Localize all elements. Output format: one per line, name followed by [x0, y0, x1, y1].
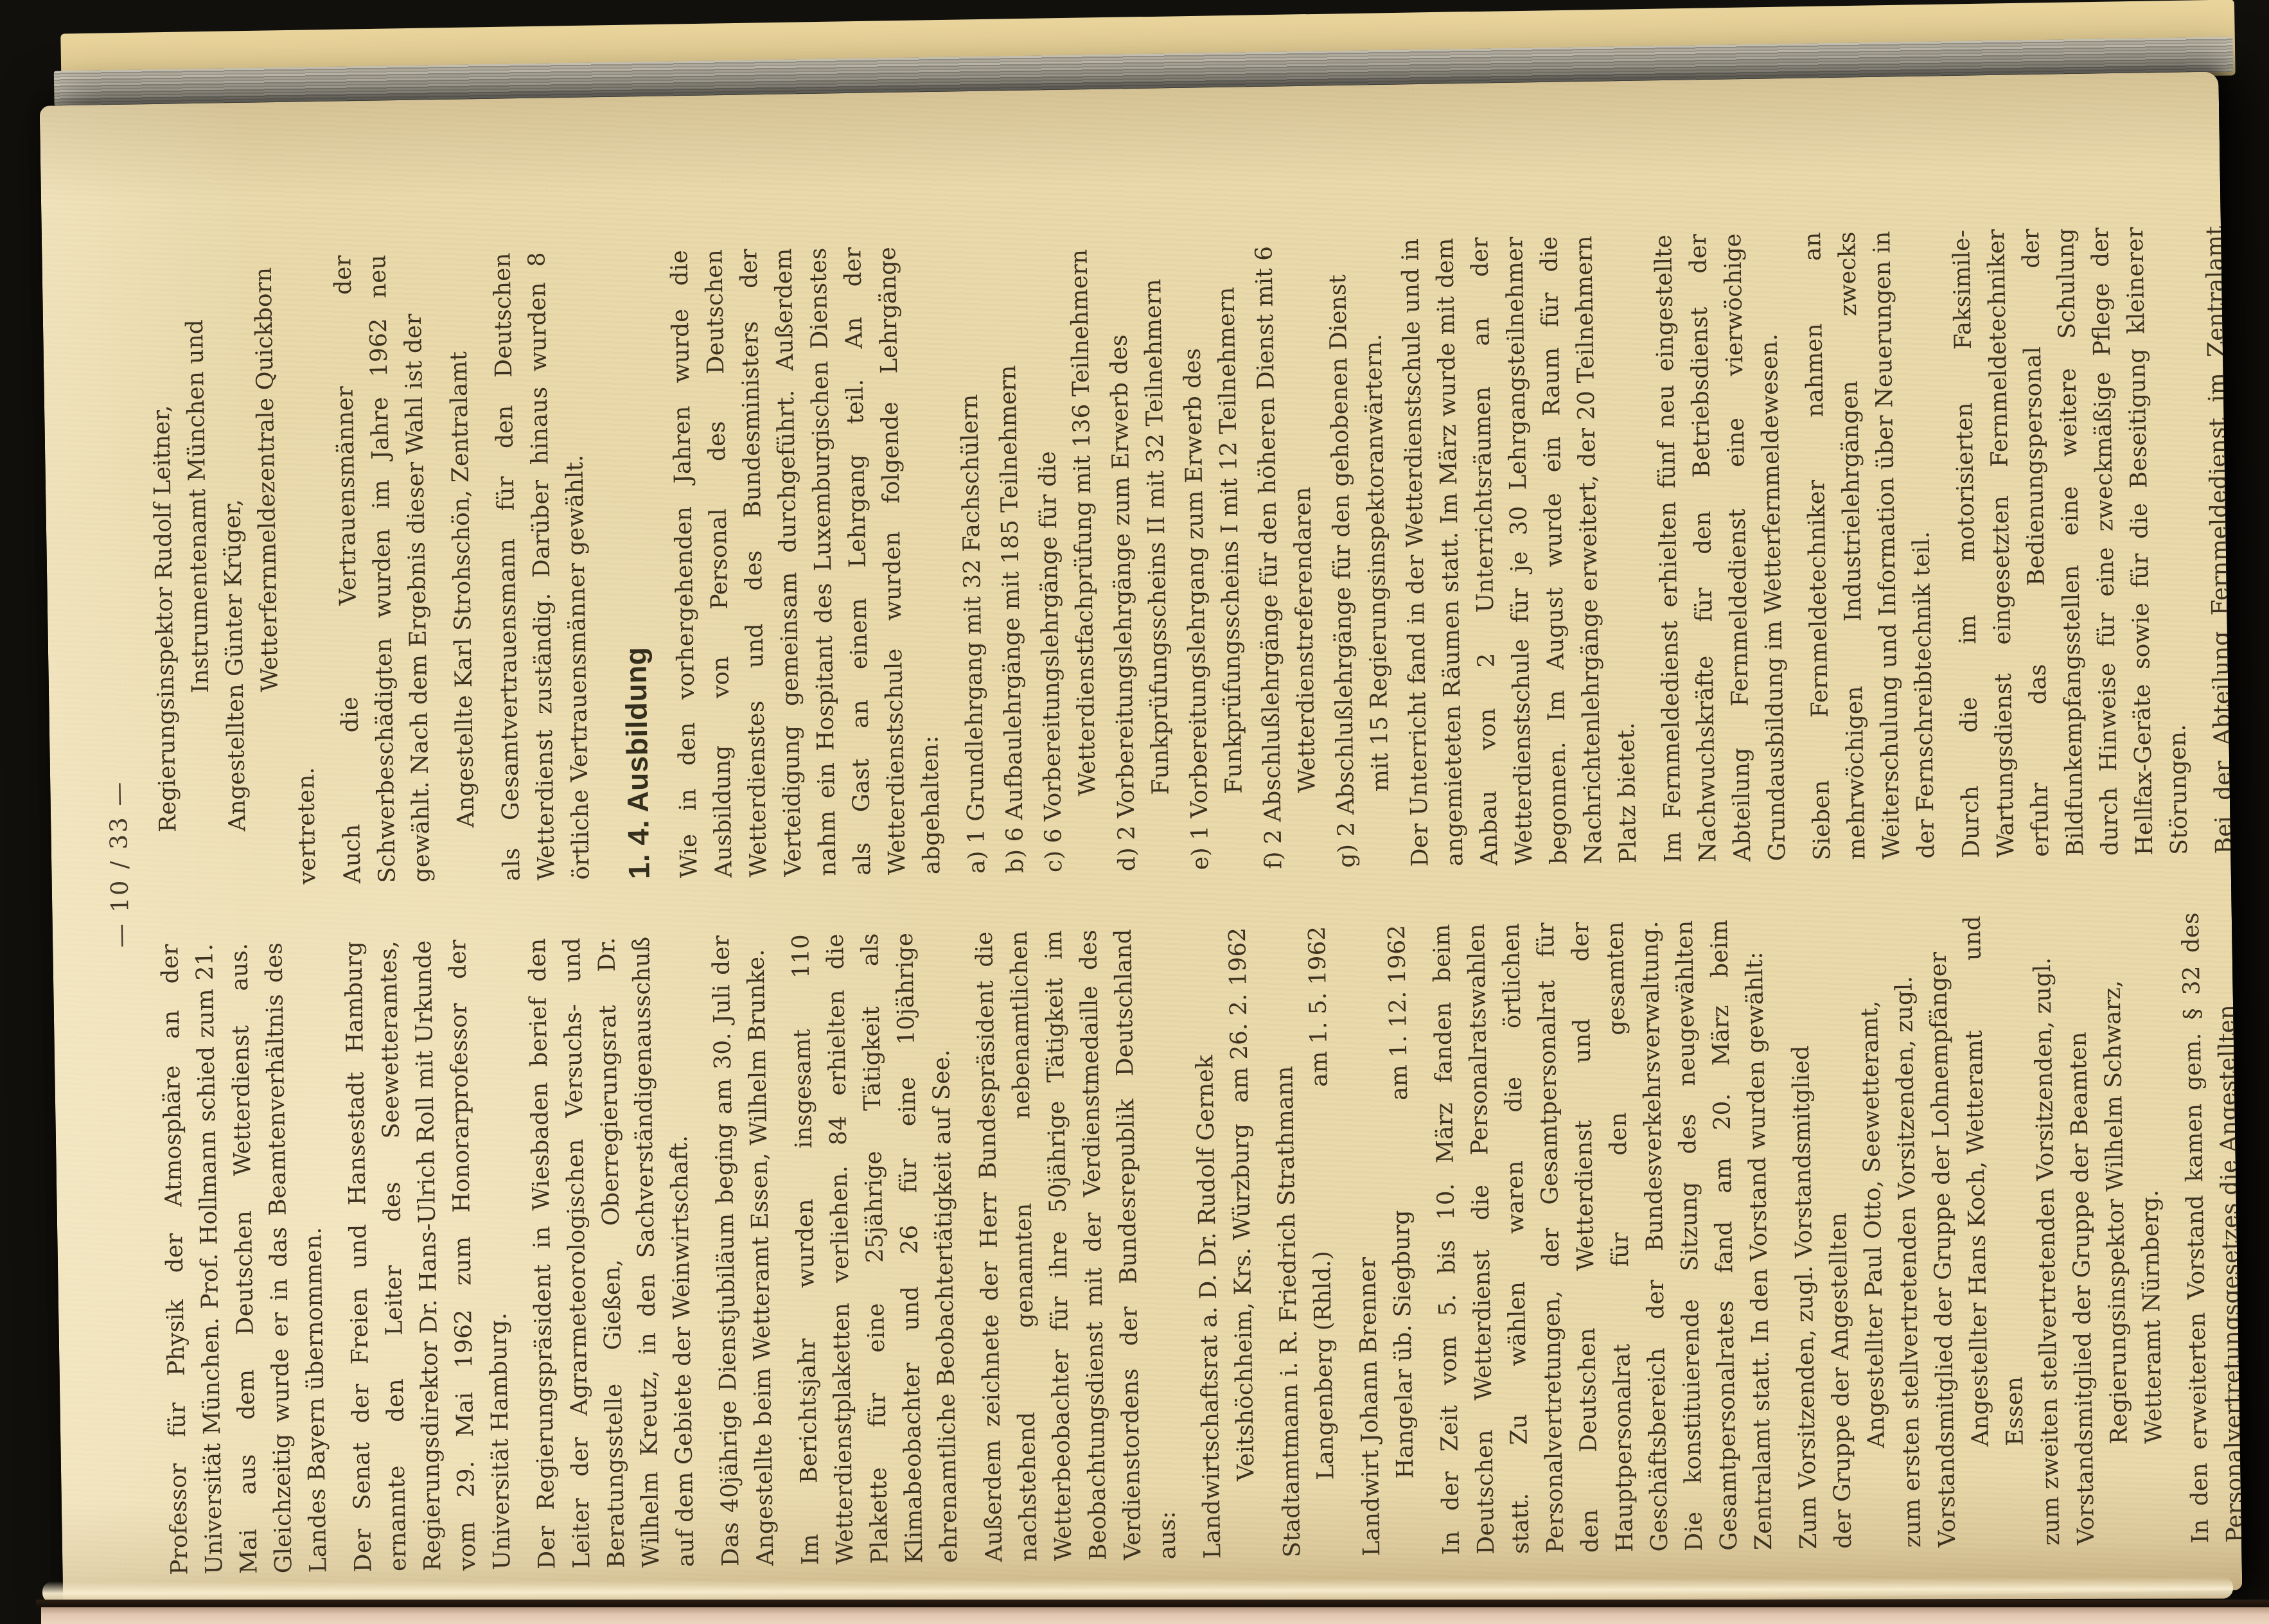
scanner-background: { "scan": { "paper_color": "#e9d9ab", "i… [0, 0, 2269, 1624]
list-item: c) 6 Vorbereitungslehrgänge für die Wett… [1027, 243, 1106, 873]
scanned-page: — 10 / 33 — Professor für Physik der Atm… [40, 72, 2243, 1624]
text-line: Angestellte Karl Strohschön, Zentralamt [440, 253, 484, 882]
page-number: — 10 / 33 — [94, 105, 145, 1623]
list-item: g) 2 Abschlußlehrgänge für den gehobenen… [1320, 239, 1399, 869]
paragraph: Professor für Physik der Atmosphäre an d… [153, 942, 336, 1575]
line-group: Angestellte Karl Strohschön, Zentralamt [440, 253, 484, 882]
facing-page-edge [41, 1607, 2269, 1624]
paragraph: Das 40jährige Dienstjubiläum beging am 3… [704, 935, 783, 1567]
section-heading: 1. 4. Ausbildung [612, 251, 655, 879]
paragraph: Wie in den vorhergehenden Jahren wurde d… [662, 246, 949, 879]
paragraph: Der Regierungspräsident in Wiesbaden ber… [520, 936, 703, 1569]
paragraph: In der Zeit vom 5. bis 10. März fanden b… [1425, 919, 1781, 1555]
paragraph: Sieben Fernmeldetechniker nahmen an mehr… [1796, 230, 1944, 860]
award-entry: Landwirt Johann BrennerHangelar üb. Sieg… [1345, 924, 1424, 1557]
paragraph: als Gesamtvertrauensmann für den Deutsch… [485, 251, 599, 881]
text-column-left: Professor für Physik der Atmosphäre an d… [153, 908, 2242, 1575]
line-group: Zum Vorsitzenden, zugl. Vorstandsmitglie… [1782, 913, 2173, 1549]
list-item: b) 6 Aufbaulehrgänge mit 185 Teilnehmern [989, 245, 1033, 874]
paragraph: Auch die Vertrauensmänner der Schwerbesc… [326, 254, 439, 883]
paragraph: Im Fernmeldedienst erhielten fünf neu ei… [1647, 233, 1795, 863]
list-item: f) 2 Abschlußlehrgänge für den höheren D… [1247, 240, 1326, 870]
paragraph: Der Unterricht fand in der Wetterdiensts… [1393, 235, 1646, 867]
list-item: d) 2 Vorbereitungslehrgänge zum Erwerb d… [1100, 242, 1179, 872]
list-item: e) 1 Vorbereitungslehrgang zum Erwerb de… [1174, 241, 1253, 870]
award-entry: Landwirtschaftsrat a. D. Dr. Rudolf Gern… [1186, 927, 1265, 1559]
paragraph: Durch die im motorisierten Faksimile-War… [1945, 226, 2197, 858]
award-entry: Stadtamtmann i. R. Friedrich StrathmannL… [1266, 926, 1345, 1558]
paragraph: Außerdem zeichnete der Herr Bundespräsid… [967, 928, 1185, 1562]
text-column-right: Regierungsinspektor Rudolf Leitner,Instr… [142, 224, 2242, 887]
line-group: Regierungsinspektor Rudolf Leitner,Instr… [142, 256, 325, 887]
paragraph: Bei der Abteilung Fernmeldedienst im Zen… [2198, 224, 2242, 854]
list-item: a) 1 Grundlehrgang mit 32 Fachschülern [950, 245, 994, 874]
paragraph: Im Berichtsjahr wurden insgesamt 110 Wet… [784, 932, 967, 1566]
text-line: Angestellter Hans Koch, Wetteramt Essenu… [1956, 915, 2035, 1547]
paragraph: Der Senat der Freien und Hansestadt Hamb… [337, 939, 520, 1572]
paragraph: In den erweiterten Vorstand kamen gem. §… [2174, 912, 2243, 1544]
